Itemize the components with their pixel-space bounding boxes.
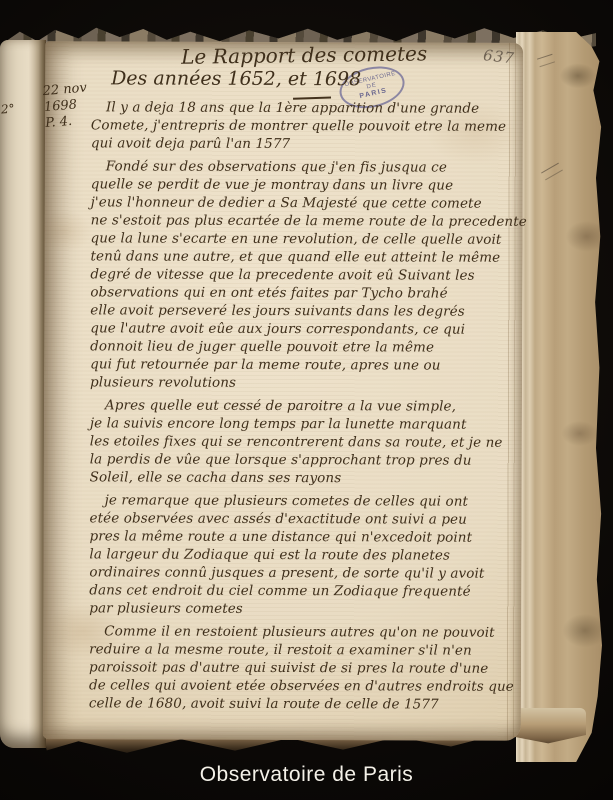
manuscript-line: qui avoit deja parû l'an 1577	[91, 134, 517, 153]
manuscript-paragraph: je remarque que plusieurs cometes de cel…	[89, 491, 515, 618]
manuscript-line: ne s'estoit pas plus ecartée de la meme …	[91, 211, 517, 230]
manuscript-paragraph: Fondé sur des observations que j'en fis …	[90, 157, 517, 392]
manuscript-line: je la suivis encore long temps par la lu…	[90, 414, 516, 433]
folio-number: 637	[482, 46, 515, 67]
manuscript-paragraph: Il y a deja 18 ans que la 1ère apparitio…	[91, 98, 517, 153]
page-stack-fore-edge	[516, 32, 602, 762]
manuscript-line: tenû dans une autre, et que quand elle e…	[90, 247, 516, 266]
manuscript-line: Apres quelle eut cessé de paroitre a la …	[90, 396, 516, 415]
manuscript-line: paroissoit pas d'autre qui suivist de si…	[89, 658, 515, 677]
manuscript-line: j'eus l'honneur de dedier a Sa Majesté q…	[91, 193, 517, 212]
manuscript-paragraph: Apres quelle eut cessé de paroitre a la …	[90, 396, 516, 487]
facing-page-sliver: 2°	[0, 40, 46, 748]
manuscript-line: pres la même route a une distance qui n'…	[89, 527, 515, 546]
manuscript-line: elle avoit perseveré les jours suivants …	[90, 301, 516, 320]
manuscript-line: dans cet endroit du ciel comme un Zodiaq…	[89, 581, 515, 600]
margin-note-page-ref: P. 4.	[45, 112, 90, 132]
manuscript-paragraph: Comme il en restoient plusieurs autres q…	[89, 622, 515, 713]
manuscript-line: que la lune s'ecarte en une revolution, …	[91, 229, 517, 248]
photo-caption: Observatoire de Paris	[0, 763, 613, 787]
facing-page-mark: 2°	[1, 102, 16, 117]
manuscript-line: reduire a la mesme route, il restoit a e…	[89, 640, 515, 659]
manuscript-line: etée observées avec assés d'exactitude o…	[90, 509, 516, 528]
manuscript-text: Il y a deja 18 ans que la 1ère apparitio…	[89, 98, 517, 718]
manuscript-page: 637 OBSERVATOIRE DE PARIS Le Rapport des…	[43, 41, 523, 741]
manuscript-line: que l'autre avoit eûe aux jours correspo…	[90, 319, 516, 338]
manuscript-line: la perdis de vûe que lorsque s'approchan…	[90, 450, 516, 469]
manuscript-line: Il y a deja 18 ans que la 1ère apparitio…	[91, 98, 517, 117]
pencil-scribble	[537, 54, 555, 68]
manuscript-line: les etoiles fixes qui se rencontrerent d…	[90, 432, 516, 451]
pencil-scribble	[541, 163, 563, 181]
manuscript-line: par plusieurs cometes	[89, 599, 515, 618]
manuscript-line: ordinaires connû jusques a present, de s…	[89, 563, 515, 582]
manuscript-line: donnoit lieu de juger quelle pouvoit etr…	[90, 337, 516, 356]
manuscript-line: Comete, j'entrepris de montrer quelle po…	[91, 116, 517, 135]
manuscript-line: Soleil, elle se cacha dans ses rayons	[90, 468, 516, 487]
manuscript-line: observations qui en ont etés faites par …	[90, 283, 516, 302]
manuscript-line: de celles qui avoient etée observées en …	[89, 676, 515, 695]
manuscript-line: je remarque que plusieurs cometes de cel…	[90, 491, 516, 510]
manuscript-line: celle de 1680, avoit suivi la route de c…	[89, 694, 515, 713]
manuscript-photograph: 2° 637 OBSERVATOIRE DE PARIS Le Rapport …	[0, 0, 613, 800]
manuscript-line: Comme il en restoient plusieurs autres q…	[89, 622, 515, 641]
page-title-line2: Des années 1652, et 1698	[111, 67, 361, 90]
manuscript-line: quelle se perdit de vue je montray dans …	[91, 175, 517, 194]
manuscript-line: la largeur du Zodiaque qui est la route …	[89, 545, 515, 564]
manuscript-line: Fondé sur des observations que j'en fis …	[91, 157, 517, 176]
manuscript-line: qui fut retournée par la meme route, apr…	[90, 355, 516, 374]
margin-note: 22 nov 1698 P. 4.	[42, 80, 90, 132]
manuscript-line: degré de vitesse que la precedente avoit…	[90, 265, 516, 284]
page-title-line1: Le Rapport des cometes	[181, 41, 427, 68]
manuscript-line: plusieurs revolutions	[90, 373, 516, 392]
